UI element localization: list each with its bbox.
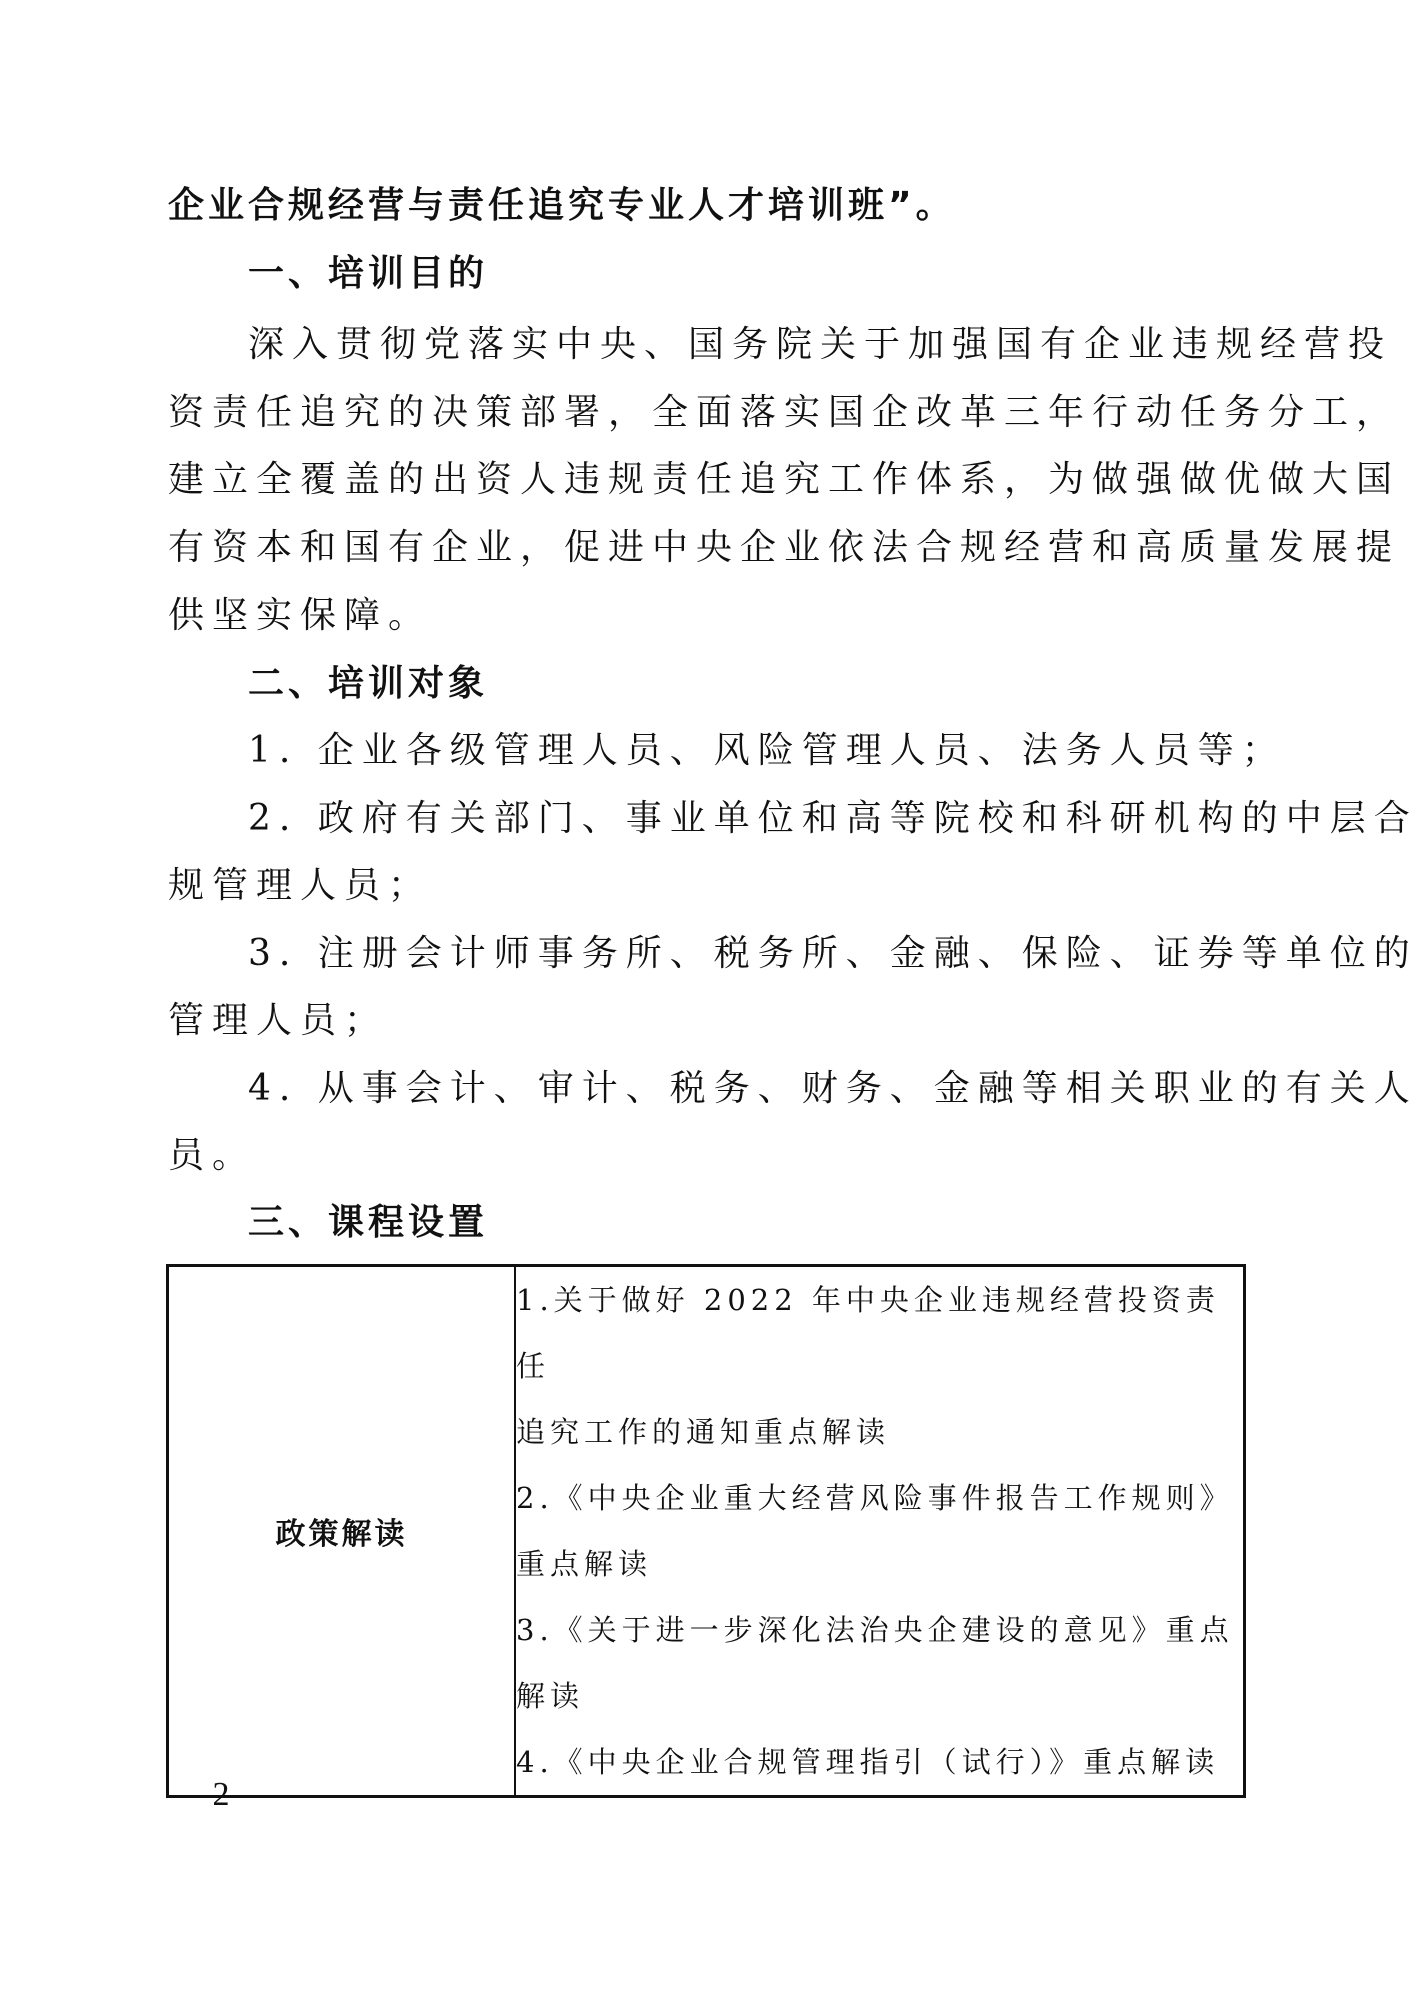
course-category: 政策解读 [168, 1266, 516, 1797]
purpose-paragraph-line: 资责任追究的决策部署，全面落实国企改革三年行动任务分工， [168, 393, 1400, 433]
course-item-line: 4.《中央企业合规管理指引（试行）》重点解读 [516, 1729, 1243, 1795]
opening-line: 企业合规经营与责任追究专业人才培训班”。 [168, 186, 956, 226]
section-heading-audience: 二、培训对象 [248, 664, 488, 704]
page-number: — 2 — [170, 1776, 272, 1814]
audience-item-1: 1. 企业各级管理人员、风险管理人员、法务人员等； [248, 731, 1286, 771]
course-item-line: 3.《关于进一步深化法治央企建设的意见》重点 [516, 1597, 1243, 1663]
purpose-paragraph-line: 深入贯彻党落实中央、国务院关于加强国有企业违规经营投 [248, 325, 1392, 365]
course-item-line: 2.《中央企业重大经营风险事件报告工作规则》 [516, 1465, 1243, 1531]
audience-item-3: 3. 注册会计师事务所、税务所、金融、保险、证券等单位的 [248, 934, 1411, 974]
course-item-line: 1.关于做好 2022 年中央企业违规经营投资责任 [516, 1267, 1243, 1399]
purpose-paragraph-line: 有资本和国有企业，促进中央企业依法合规经营和高质量发展提 [168, 528, 1400, 568]
audience-item-2: 2. 政府有关部门、事业单位和高等院校和科研机构的中层合 [248, 799, 1411, 839]
purpose-paragraph-line: 建立全覆盖的出资人违规责任追究工作体系，为做强做优做大国 [168, 460, 1400, 500]
section-heading-purpose: 一、培训目的 [248, 254, 488, 294]
audience-item-2-cont: 规管理人员； [168, 866, 432, 906]
course-table: 政策解读 1.关于做好 2022 年中央企业违规经营投资责任 追究工作的通知重点… [166, 1264, 1246, 1798]
course-items: 1.关于做好 2022 年中央企业违规经营投资责任 追究工作的通知重点解读 2.… [515, 1266, 1245, 1797]
table-row: 政策解读 1.关于做好 2022 年中央企业违规经营投资责任 追究工作的通知重点… [168, 1266, 1245, 1797]
audience-item-4: 4. 从事会计、审计、税务、财务、金融等相关职业的有关人 [248, 1069, 1411, 1109]
course-item-line: 追究工作的通知重点解读 [516, 1399, 1243, 1465]
audience-item-4-cont: 员。 [168, 1136, 256, 1176]
audience-item-3-cont: 管理人员； [168, 1001, 388, 1041]
course-item-line: 重点解读 [516, 1531, 1243, 1597]
purpose-paragraph-line: 供坚实保障。 [168, 596, 432, 636]
section-heading-courses: 三、课程设置 [248, 1203, 488, 1243]
course-item-line: 解读 [516, 1663, 1243, 1729]
document-page: 企业合规经营与责任追究专业人才培训班”。 一、培训目的 深入贯彻党落实中央、国务… [0, 0, 1411, 1995]
